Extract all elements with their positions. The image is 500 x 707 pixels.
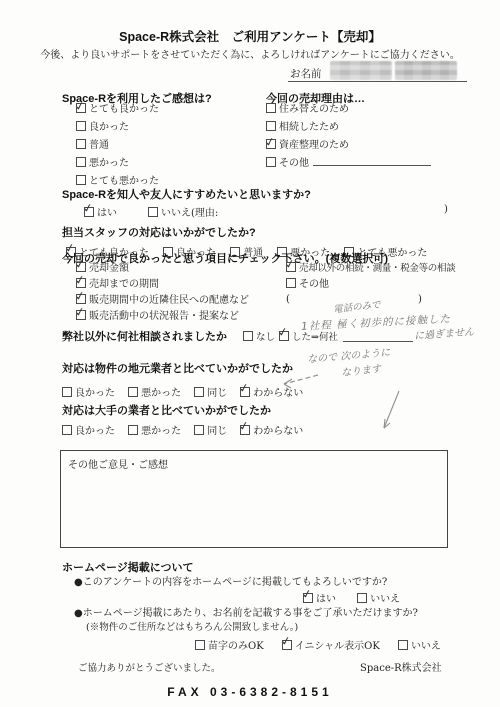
opt-good-amount: 売却金額 (76, 261, 249, 277)
good-points-right: 売却以外の相続・測量・税金等の相談 その他 (286, 261, 455, 293)
checkbox[interactable] (128, 387, 138, 397)
opt-good-period: 売却までの期間 (76, 277, 249, 293)
option-label: なし (256, 332, 275, 343)
checkbox[interactable] (194, 387, 204, 397)
major-options: 良かった 悪かった 同じ わからない (62, 419, 311, 438)
opt-reason-3: その他 (266, 155, 431, 173)
checkbox[interactable] (286, 278, 296, 288)
form-title: Space-R株式会社 ご利用アンケート【売却】 (0, 27, 500, 45)
opt-consult-none: なし (243, 329, 275, 343)
checkbox-checked[interactable] (303, 593, 313, 603)
comments-label: その他ご意見・ご感想 (68, 456, 168, 471)
option-label: 同じ (207, 426, 227, 437)
opt-local-unknown: わからない (240, 388, 303, 399)
opt-major-unknown: わからない (240, 426, 303, 437)
checkbox-checked[interactable] (240, 425, 250, 435)
handwritten-note-3: に過ぎません (414, 323, 475, 342)
checkbox-checked[interactable] (266, 139, 276, 149)
survey-form-page: Space-R株式会社 ご利用アンケート【売却】 今後、より良いサポートをさせて… (0, 0, 500, 707)
opt-local-same: 同じ (194, 388, 227, 399)
name-label: お名前 (290, 66, 322, 81)
checkbox-checked[interactable] (76, 262, 86, 272)
option-label: 相続したため (279, 122, 339, 133)
option-label: 資産整理のため (279, 140, 349, 151)
option-label: わからない (253, 426, 303, 437)
opt-hp2-surname: 苗字のみOK (195, 641, 264, 652)
good-points-left: 売却金額 売却までの期間 販売期間中の近隣住民への配慮など 販売活動中の状況報告… (76, 261, 249, 325)
opt-good-consulting: 売却以外の相続・測量・税金等の相談 (286, 261, 455, 277)
checkbox[interactable] (76, 139, 86, 149)
option-label: 同じ (207, 388, 227, 399)
option-label: 販売活動中の状況報告・提案など (89, 311, 239, 322)
opt-impression-3: 悪かった (76, 155, 159, 173)
checkbox[interactable] (148, 207, 158, 217)
checkbox[interactable] (266, 103, 276, 113)
impression-options: とても良かった 良かった 普通 悪かった とても悪かった (76, 101, 159, 191)
option-label: した⇒何社 (292, 332, 338, 343)
checkbox[interactable] (357, 593, 367, 603)
checkbox-checked[interactable] (76, 278, 86, 288)
option-label: イニシャル表示OK (295, 641, 380, 652)
opt-major-same: 同じ (194, 426, 227, 437)
option-label: 売却以外の相続・測量・税金等の相談 (299, 263, 455, 274)
checkbox-checked[interactable] (76, 103, 86, 113)
opt-major-bad: 悪かった (128, 426, 181, 437)
homepage-q1-text: ●このアンケートの内容をホームページに掲載してもよろしいですか? (74, 573, 387, 588)
fax-number: FAX 03-6382-8151 (0, 685, 500, 699)
checkbox[interactable] (76, 157, 86, 167)
checkbox[interactable] (62, 425, 72, 435)
checkbox[interactable] (398, 640, 408, 650)
handwritten-note-5: なります (340, 360, 381, 379)
option-label: 売却までの期間 (89, 279, 159, 290)
form-subtitle: 今後、より良いサポートをさせていただく為に、よろしければアンケートにご協力くださ… (0, 46, 500, 61)
checkbox-checked[interactable] (286, 262, 296, 272)
option-label: 良かった (75, 388, 115, 399)
option-label: 良かった (75, 426, 115, 437)
major-heading: 対応は大手の業者と比べていかがでしたか (62, 402, 271, 418)
option-label: その他 (299, 279, 329, 290)
option-label: 販売期間中の近隣住民への配慮など (89, 295, 249, 306)
name-underline (288, 80, 467, 82)
checkbox-checked[interactable] (76, 310, 86, 320)
opt-impression-2: 普通 (76, 137, 159, 155)
option-label: わからない (253, 388, 303, 399)
handwritten-note-1: 電話のみで (332, 297, 381, 316)
opt-local-bad: 悪かった (128, 388, 181, 399)
opt-good-reports: 販売活動中の状況報告・提案など (76, 309, 249, 325)
option-label: 悪かった (141, 426, 181, 437)
recommend-heading: Space-Rを知人や友人にすすめたいと思いますか? (62, 186, 311, 202)
opt-major-good: 良かった (62, 426, 115, 437)
opt-hp2-no: いいえ (398, 641, 441, 652)
reason-options: 住み替えのため 相続したため 資産整理のため その他 (266, 101, 431, 173)
consult-heading: 弊社以外に何社相談されましたか (62, 328, 227, 344)
reason-close-paren: ) (444, 204, 448, 215)
opt-good-other: その他 (286, 277, 455, 293)
option-label: その他 (279, 158, 309, 169)
checkbox-checked[interactable] (240, 387, 250, 397)
checkbox-checked[interactable] (282, 640, 292, 650)
option-label: いいえ (411, 641, 441, 652)
checkbox-checked[interactable] (279, 331, 289, 341)
checkbox[interactable] (195, 640, 205, 650)
thanks-text: ご協力ありがとうございました。 (78, 660, 221, 674)
homepage-q2-text: ●ホームページ掲載にあたり、お名前を記載する事をご了承いただけますか? (74, 604, 418, 619)
homepage-q2-note: (※物件のご住所などはもちろん公開致しません。) (86, 619, 298, 633)
checkbox[interactable] (243, 331, 253, 341)
redacted-name-block-1 (330, 61, 392, 80)
other-reason-underline[interactable] (313, 156, 431, 166)
opt-reason-1: 相続したため (266, 119, 431, 137)
checkbox[interactable] (128, 425, 138, 435)
option-label: 悪かった (89, 158, 129, 169)
checkbox[interactable] (266, 157, 276, 167)
option-label: 良かった (89, 122, 129, 133)
checkbox[interactable] (76, 175, 86, 185)
checkbox-checked[interactable] (84, 207, 94, 217)
option-label: 売却金額 (89, 263, 129, 274)
option-label: 悪かった (141, 388, 181, 399)
option-label: いいえ (161, 208, 191, 219)
local-options: 良かった 悪かった 同じ わからない (62, 381, 311, 400)
opt-local-good: 良かった (62, 388, 115, 399)
consult-count-underline[interactable] (343, 340, 413, 342)
checkbox[interactable] (266, 121, 276, 131)
opt-hp2-initial: イニシャル表示OK (282, 641, 380, 652)
opt-recommend-yes: はい (84, 204, 117, 219)
opt-recommend-no: いいえ(理由: (148, 204, 218, 219)
comments-box[interactable]: その他ご意見・ご感想 (60, 450, 448, 548)
opt-impression-1: 良かった (76, 119, 159, 137)
reason-open-paren: (理由: (191, 208, 218, 219)
good-points-paren-close: ) (418, 294, 422, 305)
option-label: はい (97, 208, 117, 219)
local-heading: 対応は物件の地元業者と比べていかがでしたか (62, 360, 293, 376)
option-label: 住み替えのため (279, 104, 349, 115)
redacted-name-block-2 (395, 61, 457, 80)
homepage-q2-options: 苗字のみOK イニシャル表示OK いいえ (195, 634, 441, 653)
opt-good-neighbors: 販売期間中の近隣住民への配慮など (76, 293, 249, 309)
staff-heading: 担当スタッフの対応はいかがでしたか? (62, 224, 256, 240)
option-label: 普通 (89, 140, 109, 151)
opt-impression-0: とても良かった (76, 101, 159, 119)
good-points-paren-open: ( (286, 294, 290, 305)
company-name: Space-R株式会社 (360, 659, 442, 674)
checkbox-checked[interactable] (76, 294, 86, 304)
option-label: 苗字のみOK (208, 641, 264, 652)
checkbox[interactable] (194, 425, 204, 435)
opt-reason-0: 住み替えのため (266, 101, 431, 119)
checkbox[interactable] (62, 387, 72, 397)
opt-reason-2: 資産整理のため (266, 137, 431, 155)
checkbox[interactable] (76, 121, 86, 131)
option-label: とても良かった (89, 104, 159, 115)
